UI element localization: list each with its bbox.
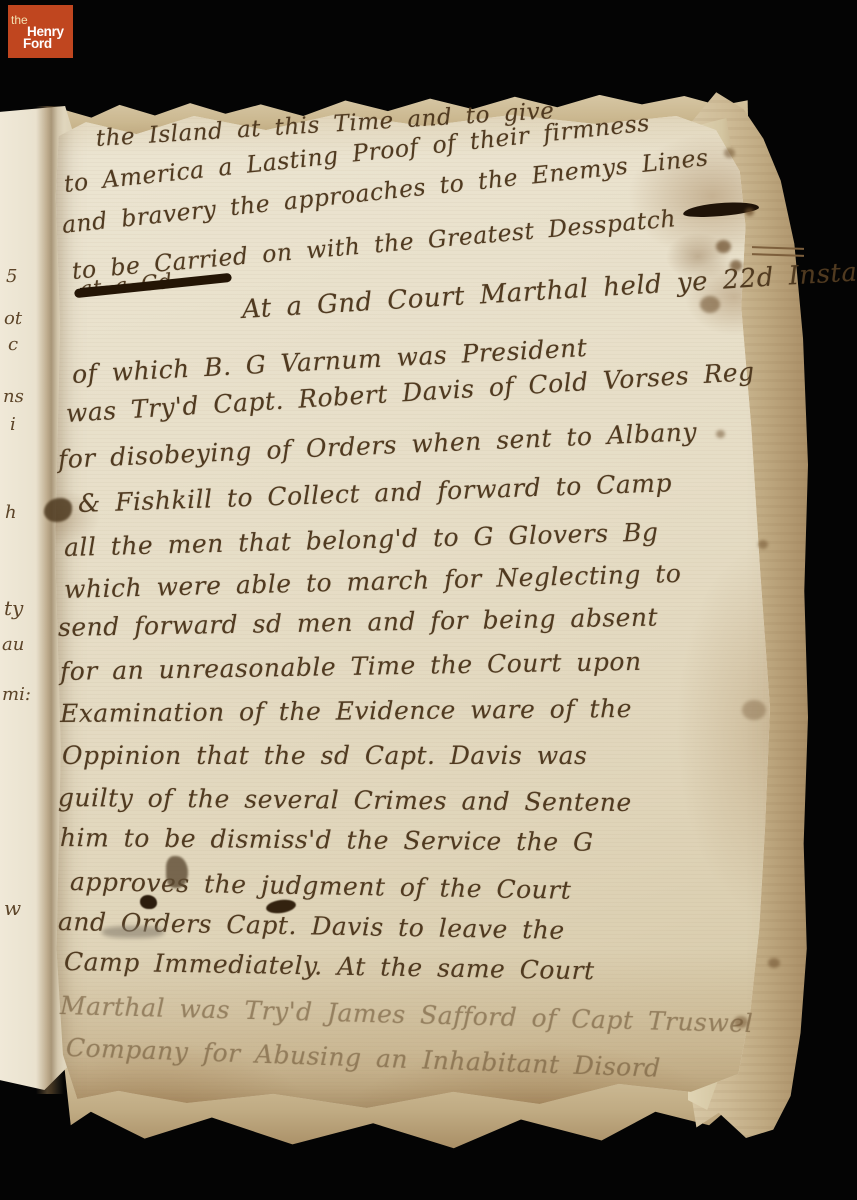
facing-page-text-fragment: i bbox=[10, 414, 16, 435]
henry-ford-logo: the Henry Ford bbox=[8, 5, 73, 58]
logo-word-ford: Ford bbox=[23, 36, 52, 51]
logo-word-the: the bbox=[11, 13, 28, 27]
stain-spot bbox=[745, 208, 754, 216]
facing-page-text-fragment: ot bbox=[4, 308, 22, 329]
facing-page-text-fragment: mi: bbox=[2, 684, 31, 705]
handwritten-line: him to be dismiss'd the Service the G bbox=[60, 823, 594, 857]
facing-page-text-fragment: w bbox=[4, 896, 21, 920]
facing-page-text-fragment: c bbox=[8, 334, 18, 355]
handwritten-line: guilty of the several Crimes and Sentene bbox=[58, 783, 632, 817]
stain-spot bbox=[700, 296, 720, 313]
facing-page-text-fragment: h bbox=[5, 502, 17, 523]
facing-page-text-fragment: au bbox=[2, 634, 24, 655]
stain-spot bbox=[768, 958, 780, 968]
stain-spot bbox=[724, 148, 735, 158]
facing-page-text-fragment: ty bbox=[4, 596, 23, 620]
ink-smudge bbox=[166, 856, 188, 888]
stain-spot bbox=[742, 700, 766, 720]
gray-smudge bbox=[102, 926, 164, 938]
stain-spot bbox=[716, 430, 725, 438]
facing-page-text-fragment: 5 bbox=[6, 266, 17, 287]
manuscript-photo: the Henry Ford 5 ot c ns i h ty au mi: w… bbox=[0, 0, 857, 1200]
stain-spot bbox=[734, 1016, 748, 1028]
handwritten-line: Oppinion that the sd Capt. Davis was bbox=[62, 741, 587, 770]
stain-spot bbox=[730, 260, 742, 271]
handwritten-line: Examination of the Evidence ware of the bbox=[60, 694, 632, 728]
ink-blot bbox=[140, 895, 157, 909]
facing-page-text-fragment: ns bbox=[3, 386, 24, 407]
stain-spot bbox=[716, 240, 731, 253]
stain-spot bbox=[758, 540, 768, 549]
